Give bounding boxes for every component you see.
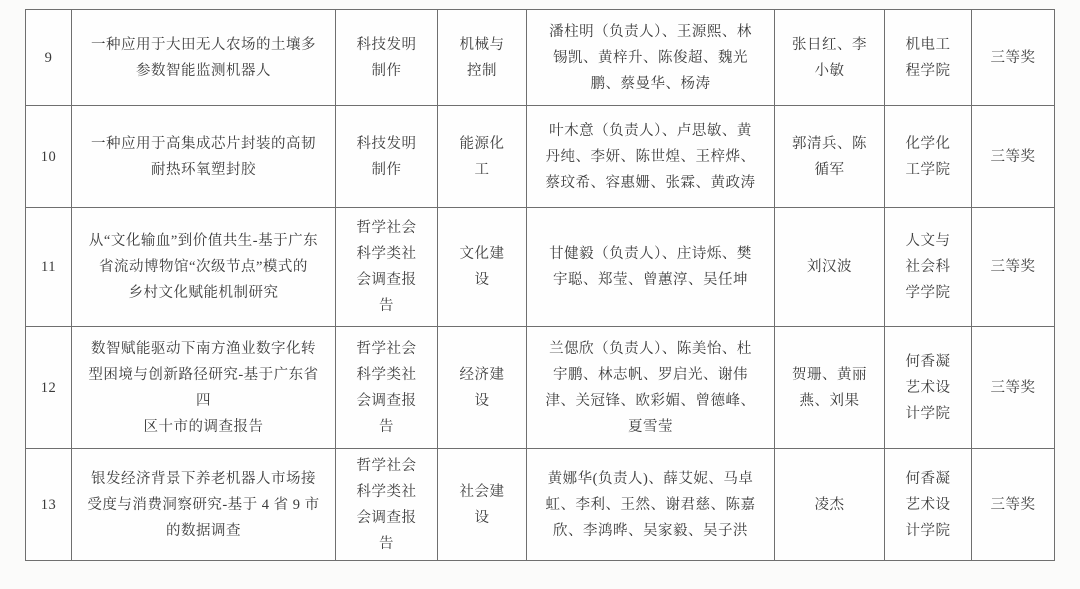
cell-project-title: 一种应用于高集成芯片封装的高韧 耐热环氧塑封胶: [72, 106, 336, 208]
cell-entry-category: 哲学社会 科学类社 会调查报 告: [336, 208, 438, 327]
cell-award-level: 三等奖: [972, 106, 1055, 208]
cell-college: 人文与 社会科 学学院: [885, 208, 972, 327]
cell-subject-field: 社会建 设: [438, 449, 527, 561]
cell-serial-number: 10: [26, 106, 72, 208]
cell-project-title: 银发经济背景下养老机器人市场接 受度与消费洞察研究-基于 4 省 9 市 的数据…: [72, 449, 336, 561]
cell-project-title: 一种应用于大田无人农场的土壤多 参数智能监测机器人: [72, 10, 336, 106]
cell-subject-field: 经济建 设: [438, 327, 527, 449]
cell-team-members: 潘柱明（负责人）、王源熙、林 锡凯、黄梓升、陈俊超、魏光 鹏、蔡曼华、杨涛: [527, 10, 775, 106]
cell-college: 机电工 程学院: [885, 10, 972, 106]
cell-subject-field: 机械与 控制: [438, 10, 527, 106]
cell-serial-number: 9: [26, 10, 72, 106]
cell-team-members: 兰偲欣（负责人）、陈美怡、杜 宇鹏、林志帆、罗启光、谢伟 津、关冠锋、欧彩媚、曾…: [527, 327, 775, 449]
document-page: 9 一种应用于大田无人农场的土壤多 参数智能监测机器人 科技发明 制作 机械与 …: [0, 0, 1080, 589]
cell-college: 何香凝 艺术设 计学院: [885, 449, 972, 561]
cell-team-members: 甘健毅（负责人）、庄诗烁、樊 宇聪、郑莹、曾蕙淳、吴任坤: [527, 208, 775, 327]
cell-advisors: 贺珊、黄丽 燕、刘果: [775, 327, 885, 449]
cell-award-level: 三等奖: [972, 327, 1055, 449]
cell-award-level: 三等奖: [972, 208, 1055, 327]
cell-project-title: 数智赋能驱动下南方渔业数字化转 型困境与创新路径研究-基于广东省 四 区十市的调…: [72, 327, 336, 449]
cell-college: 何香凝 艺术设 计学院: [885, 327, 972, 449]
cell-subject-field: 文化建 设: [438, 208, 527, 327]
cell-advisors: 郭清兵、陈 循军: [775, 106, 885, 208]
cell-advisors: 凌杰: [775, 449, 885, 561]
cell-entry-category: 哲学社会 科学类社 会调查报 告: [336, 327, 438, 449]
cell-project-title: 从“文化输血”到价值共生-基于广东 省流动博物馆“次级节点”模式的 乡村文化赋能…: [72, 208, 336, 327]
cell-advisors: 张日红、李 小敏: [775, 10, 885, 106]
cell-serial-number: 11: [26, 208, 72, 327]
awards-table: 9 一种应用于大田无人农场的土壤多 参数智能监测机器人 科技发明 制作 机械与 …: [25, 9, 1055, 561]
cell-team-members: 叶木意（负责人）、卢思敏、黄 丹纯、李妍、陈世煌、王梓烨、 蔡玟希、容惠姗、张霖…: [527, 106, 775, 208]
cell-award-level: 三等奖: [972, 449, 1055, 561]
cell-serial-number: 13: [26, 449, 72, 561]
cell-subject-field: 能源化 工: [438, 106, 527, 208]
cell-entry-category: 哲学社会 科学类社 会调查报 告: [336, 449, 438, 561]
cell-entry-category: 科技发明 制作: [336, 10, 438, 106]
cell-award-level: 三等奖: [972, 10, 1055, 106]
cell-serial-number: 12: [26, 327, 72, 449]
cell-team-members: 黄娜华(负责人)、薛艾妮、马卓 虹、李利、王然、谢君慈、陈嘉 欣、李鸿晔、吴家毅…: [527, 449, 775, 561]
cell-college: 化学化 工学院: [885, 106, 972, 208]
cell-advisors: 刘汉波: [775, 208, 885, 327]
cell-entry-category: 科技发明 制作: [336, 106, 438, 208]
